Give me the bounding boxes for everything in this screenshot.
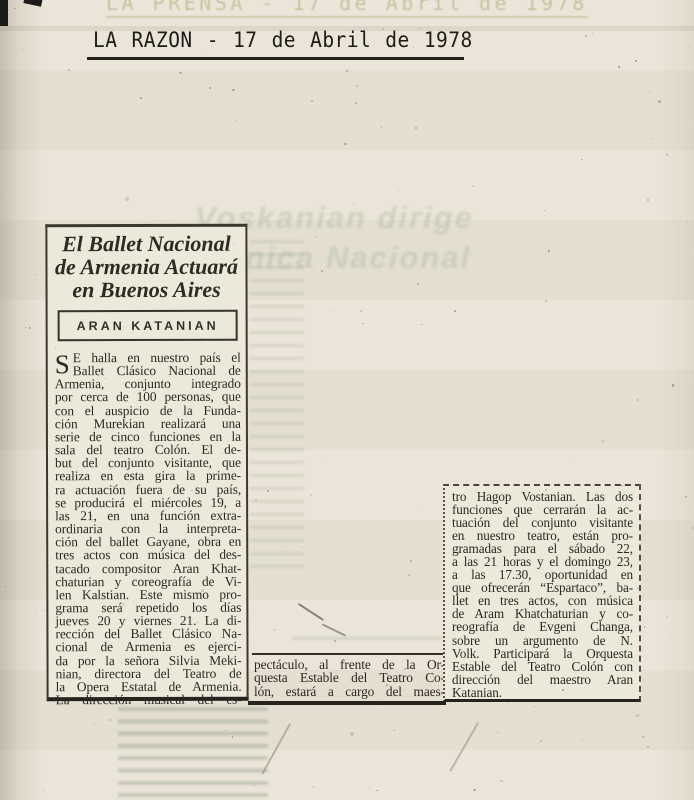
paper-speck xyxy=(109,719,111,721)
body-line: sobre un argumento de N. xyxy=(452,634,633,647)
paper-speck xyxy=(393,730,394,731)
paper-speck xyxy=(19,310,20,311)
body-line: Volk. Participará la Orquesta xyxy=(452,647,633,660)
paper-speck xyxy=(140,97,142,99)
paper-speck xyxy=(43,789,45,791)
scratch-mark xyxy=(322,623,346,636)
paper-speck xyxy=(545,300,547,302)
paper-speck xyxy=(601,439,605,443)
middle-column-bottom-rule xyxy=(248,701,446,705)
right-column-lines: tro Hagop Vostanian. Las dosfunciones qu… xyxy=(452,490,633,699)
paper-speck xyxy=(500,780,502,782)
paper-speck xyxy=(310,494,312,496)
paper-speck xyxy=(35,612,36,613)
body-line: por cerca de 100 personas, que xyxy=(55,390,241,404)
paper-speck xyxy=(346,70,348,72)
paper-speck xyxy=(369,788,370,789)
paper-speck xyxy=(666,616,668,618)
scan-corner-mark xyxy=(0,0,8,26)
scanned-page: LA PRENSA - 17 de Abril de 1978 LA RAZON… xyxy=(0,0,694,800)
paper-speck xyxy=(689,47,690,48)
paper-speck xyxy=(255,126,256,127)
article-clipping-left: El Ballet Nacionalde Armenia Actuaráen B… xyxy=(45,224,248,702)
headline-line: El Ballet Nacional xyxy=(47,232,245,256)
bleed-through-text-block xyxy=(118,707,268,799)
body-line: dirección del maestro Aran xyxy=(452,673,633,686)
paper-speck xyxy=(647,199,649,201)
paper-speck xyxy=(338,101,339,102)
paper-speck xyxy=(179,72,182,75)
paper-speck xyxy=(528,429,530,431)
masthead-underline xyxy=(87,57,464,60)
paper-speck xyxy=(209,87,211,89)
paper-speck xyxy=(330,310,331,311)
paper-speck xyxy=(321,459,322,460)
paper-speck xyxy=(14,8,16,10)
body-line: Katanian. xyxy=(452,686,633,699)
paper-speck xyxy=(46,83,47,84)
bleed-through-strip xyxy=(250,240,304,575)
paper-speck xyxy=(570,462,572,464)
paper-speck xyxy=(311,100,313,102)
paper-speck xyxy=(274,629,276,631)
middle-column-top-rule xyxy=(252,653,446,655)
paper-speck xyxy=(316,236,318,238)
paper-speck xyxy=(356,85,358,87)
paper-speck xyxy=(35,274,37,276)
paper-speck xyxy=(569,402,570,403)
paper-speck xyxy=(610,751,611,752)
dropcap-letter: S xyxy=(55,351,73,376)
paper-speck xyxy=(540,740,542,742)
paper-speck xyxy=(538,291,540,293)
bleed-through-strip-small xyxy=(292,637,442,648)
paper-speck xyxy=(657,242,659,244)
paper-speck xyxy=(29,327,31,329)
paper-speck xyxy=(454,310,456,312)
paper-speck xyxy=(417,283,419,285)
paper-speck xyxy=(658,100,661,103)
paper-speck xyxy=(548,250,549,251)
body-line: Estable del Teatro Colón con xyxy=(452,660,633,673)
paper-speck xyxy=(414,126,418,130)
paper-speck xyxy=(649,91,650,92)
paper-speck xyxy=(585,35,587,37)
paper-speck xyxy=(687,222,688,223)
body-line: questa Estable del Teatro Co- xyxy=(254,671,445,684)
paper-speck xyxy=(644,626,645,627)
paper-speck xyxy=(498,733,499,734)
paper-speck xyxy=(408,574,410,576)
paper-speck xyxy=(472,185,474,187)
body-line: lón, estará a cargo del maes- xyxy=(254,685,445,698)
headline-line: de Armenia Actuará xyxy=(47,255,245,279)
paper-speck xyxy=(672,384,674,386)
paper-speck xyxy=(618,66,620,68)
body-line: realiza en esta gira la prime- xyxy=(55,469,241,483)
paper-speck xyxy=(508,702,509,703)
paper-speck xyxy=(355,102,357,104)
paper-speck xyxy=(344,143,346,145)
scan-corner-mark-small xyxy=(23,0,42,7)
paper-speck xyxy=(350,732,354,736)
byline-box: ARAN KATANIAN xyxy=(58,310,238,341)
paper-speck xyxy=(461,237,462,238)
article-body-middle-column: pectáculo, al frente de la Or-questa Est… xyxy=(254,658,445,698)
byline: ARAN KATANIAN xyxy=(77,319,219,333)
paper-speck xyxy=(581,159,583,161)
paper-speck xyxy=(685,496,687,498)
body-line: La dirección musical del es- xyxy=(56,693,242,707)
paper-speck xyxy=(497,732,498,733)
paper-speck xyxy=(72,85,73,86)
paper-speck xyxy=(635,60,637,62)
paper-speck xyxy=(429,397,430,398)
article-clipping-right: tro Hagop Vostanian. Las dosfunciones qu… xyxy=(443,484,641,702)
ghost-masthead-bleed: LA PRENSA - 17 de Abril de 1978 xyxy=(106,0,588,18)
paper-speck xyxy=(651,138,652,139)
paper-speck xyxy=(636,714,639,717)
paper-speck xyxy=(362,323,364,325)
paper-speck xyxy=(544,210,546,212)
paper-speck xyxy=(22,49,24,51)
paper-speck xyxy=(5,586,6,587)
paper-speck xyxy=(398,190,399,191)
paper-speck xyxy=(235,120,236,121)
left-column-lines: E halla en nuestro país elBallet Clásico… xyxy=(55,351,242,707)
paper-speck xyxy=(557,117,559,119)
paper-speck xyxy=(125,197,129,201)
paper-speck xyxy=(419,505,420,506)
paper-speck xyxy=(232,89,235,92)
paper-speck xyxy=(666,153,669,156)
paper-speck xyxy=(592,33,593,34)
paper-speck xyxy=(133,105,135,107)
paper-speck xyxy=(1,198,3,200)
paper-speck xyxy=(549,710,550,711)
paper-speck xyxy=(410,560,412,562)
paper-speck xyxy=(360,310,362,312)
body-line: cional de Armenia es ejerci- xyxy=(55,640,241,654)
masthead-date-line: LA RAZON - 17 de Abril de 1978 xyxy=(93,28,473,52)
paper-speck xyxy=(38,157,40,159)
body-line: reografía de Evgeni Changa, xyxy=(452,620,633,633)
paper-speck xyxy=(376,790,377,791)
paper-speck xyxy=(44,610,45,611)
body-line: tres actos con música del des- xyxy=(55,548,241,562)
paper-speck xyxy=(581,739,582,740)
paper-speck xyxy=(93,724,95,726)
headline-line: en Buenos Aires xyxy=(48,278,246,302)
paper-speck xyxy=(25,327,26,328)
paper-speck xyxy=(473,789,476,792)
paper-speck xyxy=(64,78,65,79)
paper-speck xyxy=(68,69,70,71)
paper-speck xyxy=(642,736,644,738)
article-headline: El Ballet Nacionalde Armenia Actuaráen B… xyxy=(47,232,245,302)
paper-speck xyxy=(690,508,691,509)
paper-speck xyxy=(647,746,649,748)
paper-speck xyxy=(622,381,623,382)
scratch-mark xyxy=(298,603,324,621)
paper-speck xyxy=(312,786,314,788)
paper-speck xyxy=(381,126,383,128)
body-line: pectáculo, al frente de la Or- xyxy=(254,658,445,671)
paper-speck xyxy=(421,324,423,326)
paper-speck xyxy=(534,706,535,707)
article-body-left-column: S E halla en nuestro país elBallet Clási… xyxy=(55,351,242,707)
paper-speck xyxy=(637,399,638,400)
scratch-mark xyxy=(449,722,478,771)
paper-speck xyxy=(645,725,646,726)
